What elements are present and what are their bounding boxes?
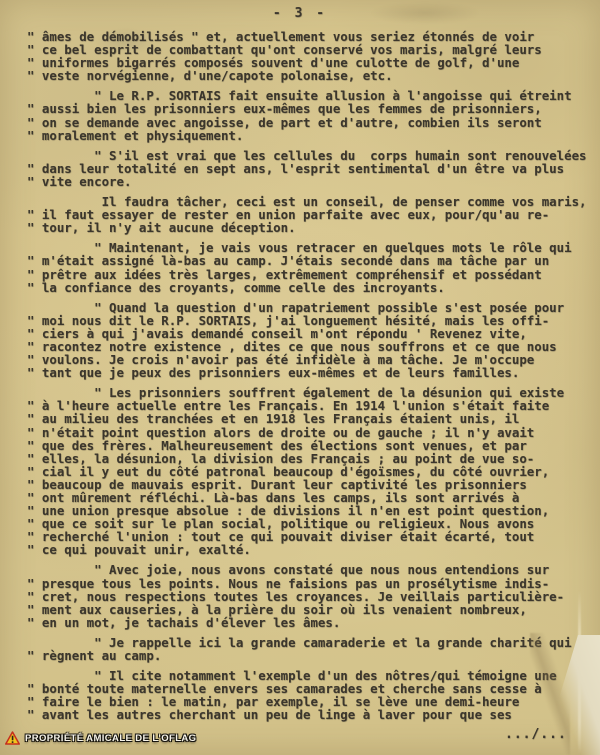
text-line: " S'il est vrai que les cellules du corp…: [27, 149, 600, 162]
paragraph: " Je rappelle ici la grande camaraderie …: [27, 636, 600, 662]
text-line: " cial il y eut du côté patronal beaucou…: [27, 465, 600, 478]
text-line: " avant les autres cherchant un peu de l…: [27, 708, 600, 721]
text-line: " Avec joie, nous avons constaté que nou…: [27, 563, 600, 576]
page-number: - 3 -: [0, 6, 600, 21]
text-line: " cret, nous respections toutes les croy…: [27, 590, 600, 603]
text-line: " veste norvégienne, d'une/capote polona…: [27, 69, 600, 82]
text-line: " ment aux causeries, à la prière du soi…: [27, 603, 600, 616]
text-line: " on se demande avec angoisse, de part e…: [27, 116, 600, 129]
text-line: " que des frères. Malheureusement des él…: [27, 439, 600, 452]
warning-triangle-icon: [5, 731, 20, 745]
text-line: " en un mot, je tachais d'élever les âme…: [27, 616, 600, 629]
text-line: " elles, la désunion, la division des Fr…: [27, 452, 600, 465]
text-line: " moralement et physiquement.: [27, 129, 600, 142]
watermark-label: PROPRIÉTÉ AMICALE DE L'OFLAG: [25, 733, 196, 744]
paragraph: " âmes de démobilisés " et, actuellement…: [27, 30, 600, 82]
text-line: " la confiance des croyants, comme celle…: [27, 281, 600, 294]
paragraph: " Le R.P. SORTAIS fait ensuite allusion …: [27, 89, 600, 141]
text-line: " moi nous dit le R.P. SORTAIS, j'ai lon…: [27, 314, 600, 327]
paragraph: " Avec joie, nous avons constaté que nou…: [27, 563, 600, 628]
scanned-document-page: - 3 - " âmes de démobilisés " et, actuel…: [0, 0, 600, 755]
text-line: " aussi bien les prisonniers eux-mêmes q…: [27, 102, 600, 115]
text-line: " m'était assigné là-bas au camp. J'étai…: [27, 254, 600, 267]
paragraph: " Maintenant, je vais vous retracer en q…: [27, 241, 600, 293]
text-line: " au milieu des tranchées et en 1918 les…: [27, 412, 600, 425]
text-line: " ciers à qui j'avais demandé conseil m'…: [27, 327, 600, 340]
document-text: " âmes de démobilisés " et, actuellement…: [0, 30, 600, 729]
text-line: " tour, il n'y ait aucune déception.: [27, 221, 600, 234]
paragraph: " S'il est vrai que les cellules du corp…: [27, 149, 600, 188]
text-line: " prêtre aux idées très larges, extrêmem…: [27, 268, 600, 281]
text-line: " n'était point question alors de droite…: [27, 426, 600, 439]
text-line: " Quand la question d'un rapatriement po…: [27, 301, 600, 314]
text-line: " règnent au camp.: [27, 649, 600, 662]
text-line: " ce qui pouvait unir, exalté.: [27, 543, 600, 556]
text-line: " presque tous les points. Nous ne faisi…: [27, 577, 600, 590]
paragraph: " Quand la question d'un rapatriement po…: [27, 301, 600, 380]
text-line: " vite encore.: [27, 175, 600, 188]
paragraph: " Les prisonniers souffrent également de…: [27, 386, 600, 556]
paragraph: Il faudra tâcher, ceci est un conseil, d…: [27, 195, 600, 234]
text-line: " tant que je peux des prisonniers eux-m…: [27, 366, 600, 379]
text-line: " dans leur totalité en sept ans, l'espr…: [27, 162, 600, 175]
paragraph: " Il cite notamment l'exemple d'un des n…: [27, 669, 600, 721]
ownership-watermark: PROPRIÉTÉ AMICALE DE L'OFLAG: [5, 731, 196, 745]
